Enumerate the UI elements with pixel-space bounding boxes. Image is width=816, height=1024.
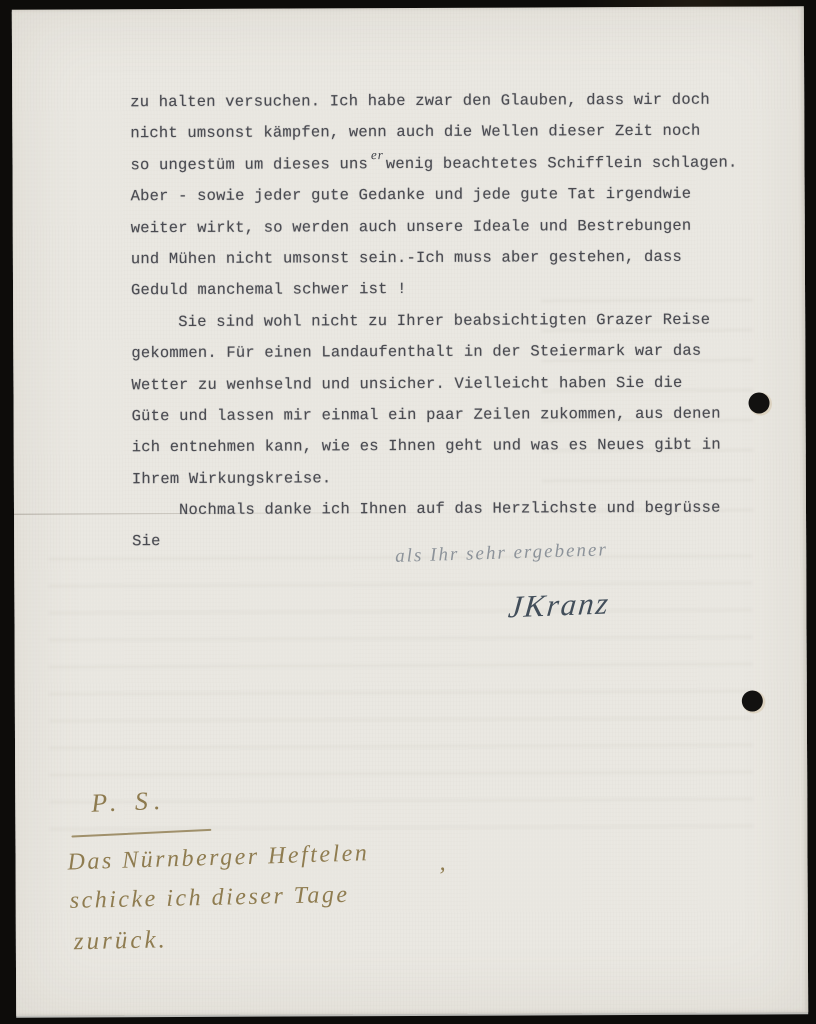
typed-line-with-insertion: so ungestüm um dieses unserwenig beachte… bbox=[130, 151, 730, 185]
typed-line-paragraph-start: Nochmals danke ich Ihnen auf das Herzlic… bbox=[132, 497, 732, 531]
typed-line-paragraph-start: Sie sind wohl nicht zu Ihrer beabsichtig… bbox=[131, 308, 731, 342]
typed-line: Aber - sowie jeder gute Gedanke und jede… bbox=[131, 183, 731, 217]
typed-text-block: zu halten versuchen. Ich habe zwar den G… bbox=[130, 89, 732, 562]
typed-line-pre: so ungestüm um dieses uns bbox=[130, 155, 368, 174]
ps-line: zurück. bbox=[74, 926, 168, 956]
ps-heading: P. S. bbox=[91, 786, 167, 819]
typed-line: ich entnehmen kann, wie es Ihnen geht un… bbox=[132, 434, 732, 468]
typed-line: Wetter zu wenhselnd und unsicher. Vielle… bbox=[131, 371, 731, 405]
ps-line: schicke ich dieser Tage bbox=[69, 882, 349, 915]
letter-page: zu halten versuchen. Ich habe zwar den G… bbox=[12, 6, 808, 1015]
ps-line: Das Nürnberger Heftelen bbox=[67, 840, 370, 876]
typed-line: zu halten versuchen. Ich habe zwar den G… bbox=[130, 89, 730, 123]
typed-line: gekommen. Für einen Landaufenthalt in de… bbox=[131, 340, 731, 374]
scan-background: { "scan": { "background_color": "#0d0c0a… bbox=[0, 0, 816, 1024]
hole-punch-bottom bbox=[742, 690, 763, 711]
typed-line: nicht umsonst kämpfen, wenn auch die Wel… bbox=[130, 120, 730, 154]
ps-underline-stroke bbox=[71, 829, 211, 838]
typed-line: Geduld manchemal schwer ist ! bbox=[131, 277, 731, 311]
typed-line: und Mühen nicht umsonst sein.-Ich muss a… bbox=[131, 246, 731, 280]
typed-line: Ihrem Wirkungskreise. bbox=[132, 465, 732, 499]
hole-punch-top bbox=[748, 392, 769, 413]
ps-stray-comma: , bbox=[439, 850, 445, 877]
handwritten-signature: JKranz bbox=[507, 585, 612, 625]
typed-line-post: wenig beachtetes Schifflein schlagen. bbox=[386, 153, 738, 173]
handwritten-insertion: er bbox=[371, 144, 384, 166]
typed-line: Güte und lassen mir einmal ein paar Zeil… bbox=[132, 403, 732, 437]
typed-line: weiter wirkt, so werden auch unsere Idea… bbox=[131, 214, 731, 248]
